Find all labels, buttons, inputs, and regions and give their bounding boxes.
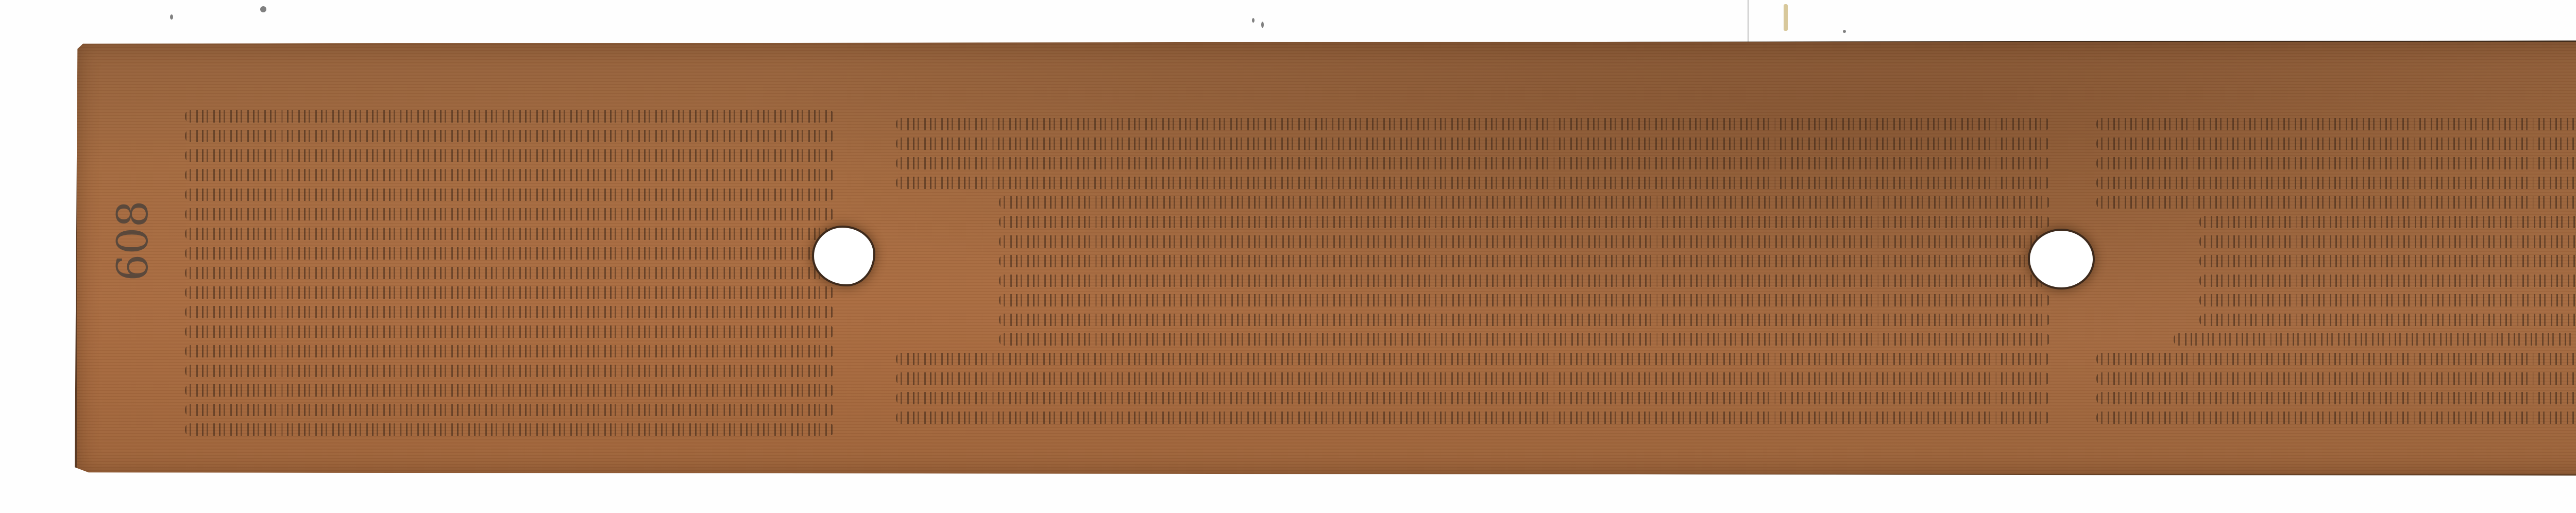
manuscript-line — [2096, 153, 2576, 173]
manuscript-line — [185, 263, 834, 282]
manuscript-line — [185, 145, 834, 165]
manuscript-line — [2096, 329, 2576, 349]
manuscript-line — [185, 341, 834, 361]
manuscript-line — [2096, 368, 2576, 388]
manuscript-line — [185, 224, 834, 243]
scan-speck — [1843, 30, 1846, 33]
text-column-middle — [896, 114, 2050, 443]
scan-speck — [260, 6, 266, 12]
scan-speck — [170, 14, 173, 20]
manuscript-line — [896, 173, 2050, 192]
manuscript-line — [2096, 212, 2576, 231]
manuscript-line — [2096, 290, 2576, 310]
manuscript-line — [896, 192, 2050, 212]
text-column-left — [185, 106, 834, 441]
manuscript-line — [185, 165, 834, 184]
manuscript-line — [896, 212, 2050, 231]
manuscript-line — [185, 282, 834, 302]
manuscript-line — [896, 231, 2050, 251]
manuscript-line — [2096, 407, 2576, 427]
scan-speck — [1261, 22, 1264, 28]
manuscript-line — [185, 361, 834, 380]
scan-speck — [1252, 18, 1255, 23]
manuscript-line — [2096, 388, 2576, 407]
scan-speck — [1784, 4, 1788, 31]
manuscript-line — [185, 243, 834, 263]
manuscript-line — [185, 380, 834, 400]
manuscript-line — [896, 290, 2050, 310]
manuscript-line — [896, 153, 2050, 173]
scan-canvas: 608 6 0 8 608 — [0, 0, 2576, 513]
manuscript-line — [2096, 231, 2576, 251]
manuscript-line — [2096, 173, 2576, 192]
manuscript-line — [185, 126, 834, 145]
palm-leaf-folio — [75, 40, 2576, 476]
manuscript-line — [896, 310, 2050, 329]
manuscript-line — [2096, 270, 2576, 290]
manuscript-line — [185, 419, 834, 439]
manuscript-line — [896, 329, 2050, 349]
manuscript-line — [896, 133, 2050, 153]
manuscript-line — [185, 321, 834, 341]
manuscript-line — [896, 368, 2050, 388]
string-hole-left — [814, 228, 873, 284]
manuscript-line — [185, 184, 834, 204]
manuscript-line — [896, 407, 2050, 427]
manuscript-line — [185, 400, 834, 419]
text-column-right — [2096, 114, 2576, 443]
manuscript-line — [2096, 192, 2576, 212]
manuscript-line — [2096, 251, 2576, 270]
manuscript-line — [2096, 349, 2576, 368]
manuscript-line — [896, 114, 2050, 133]
manuscript-line — [896, 349, 2050, 368]
manuscript-line — [185, 302, 834, 321]
manuscript-line — [896, 270, 2050, 290]
manuscript-line — [2096, 310, 2576, 329]
manuscript-line — [896, 251, 2050, 270]
manuscript-line — [185, 204, 834, 224]
handwritten-folio-number-left: 608 — [109, 200, 158, 281]
manuscript-line — [185, 106, 834, 126]
manuscript-line — [2096, 133, 2576, 153]
manuscript-line — [896, 388, 2050, 407]
string-hole-right — [2030, 231, 2093, 287]
manuscript-line — [2096, 114, 2576, 133]
